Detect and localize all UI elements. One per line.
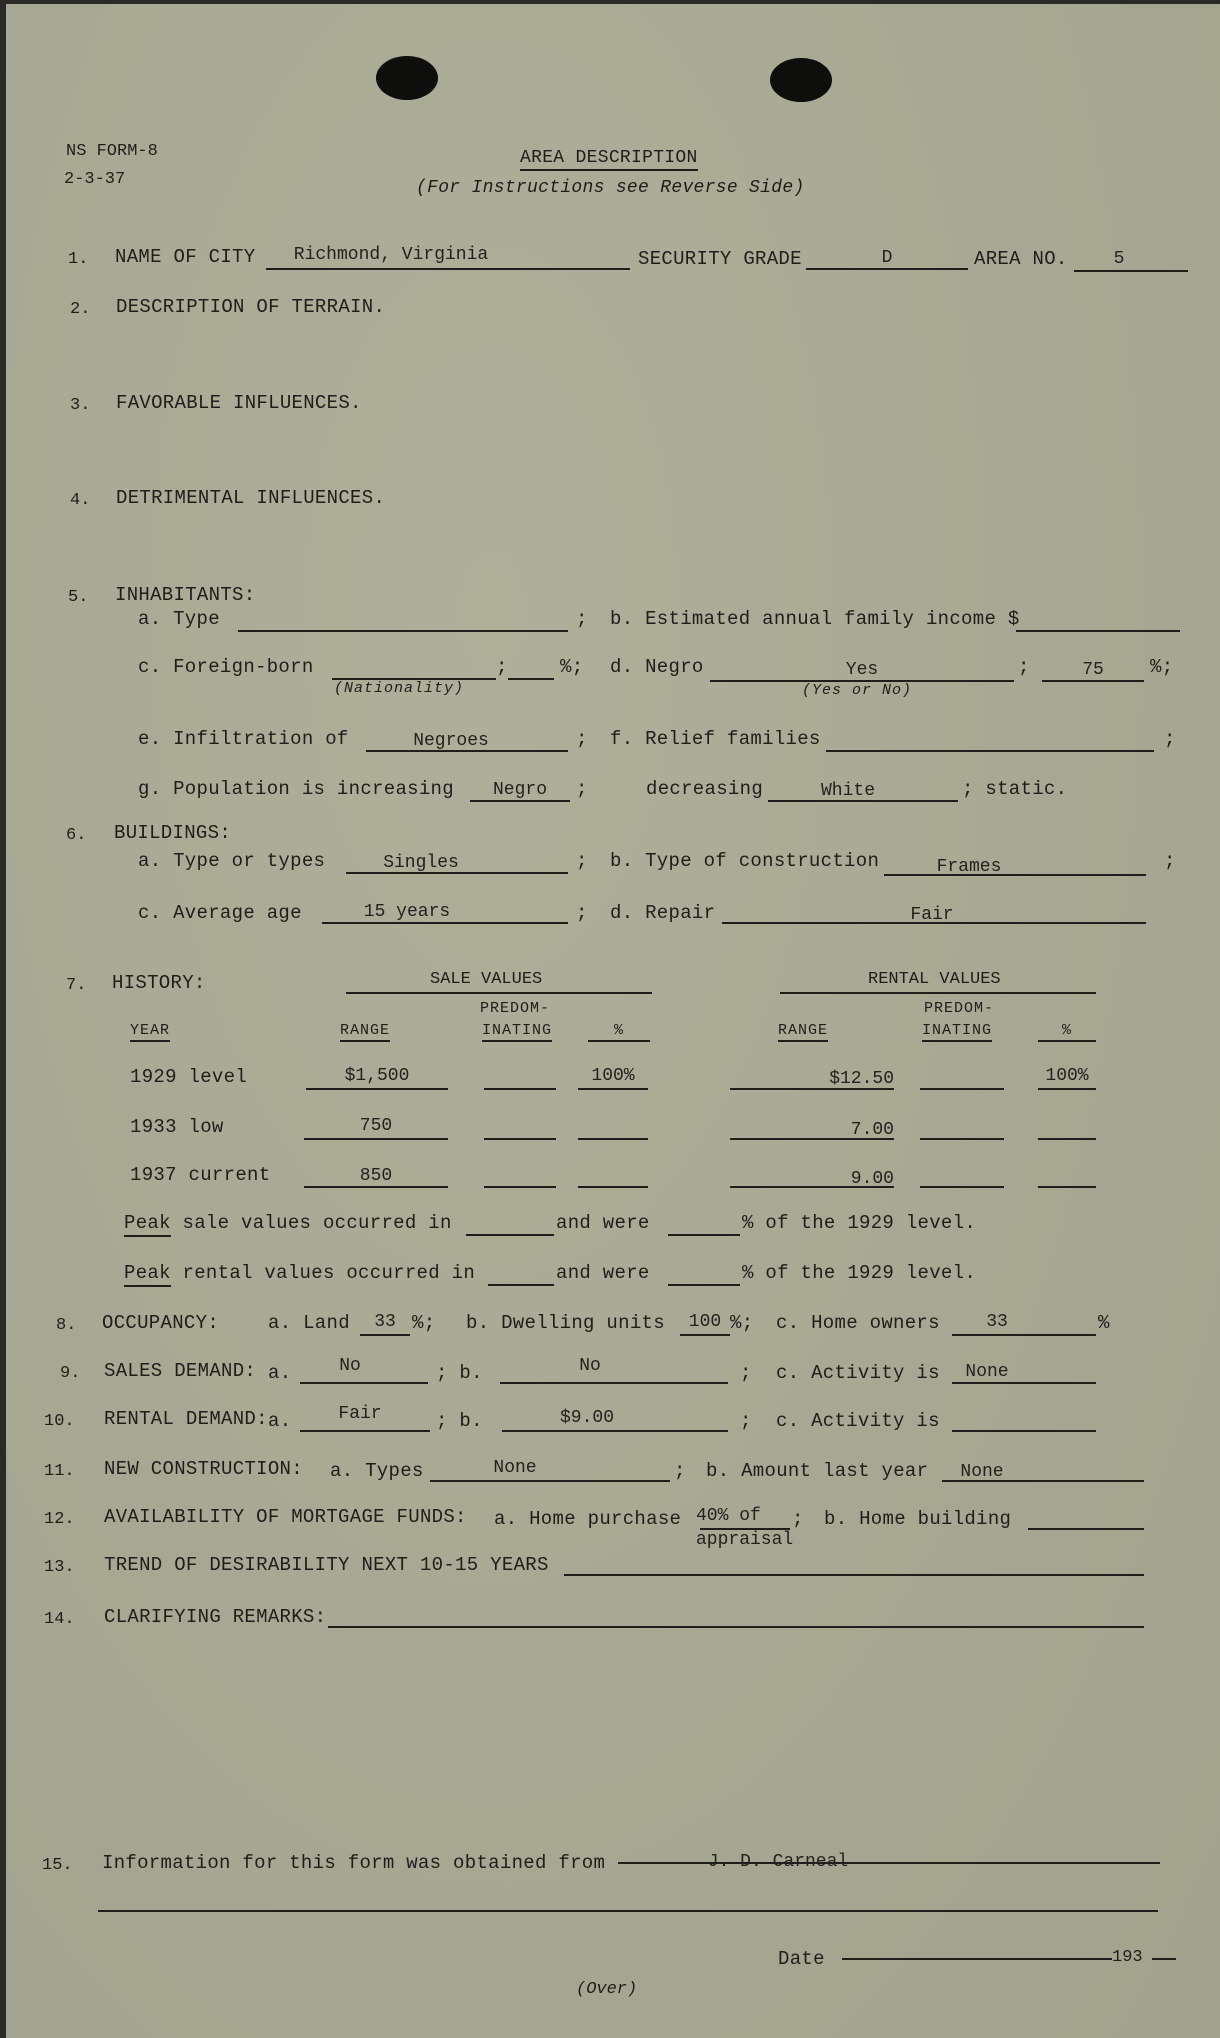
repair-field[interactable]: Fair [722, 905, 1142, 925]
col-rent-predom: INATING [922, 1022, 992, 1042]
dwelling-units-field[interactable]: 100 [680, 1312, 730, 1332]
and-were-text: and were [556, 1262, 650, 1284]
rental-demand-a-field[interactable]: Fair [300, 1404, 420, 1424]
population-increasing-field[interactable]: Negro [470, 780, 570, 800]
amount-last-year-field[interactable]: None [942, 1462, 1022, 1482]
building-type-field[interactable]: Singles [346, 853, 496, 873]
terrain-label: DESCRIPTION OF TERRAIN. [116, 296, 385, 318]
sales-activity-label: c. Activity is [776, 1362, 940, 1384]
amount-last-year-label: b. Amount last year [706, 1460, 928, 1482]
income-line [1016, 630, 1180, 632]
form-id: NS FORM-8 [66, 142, 158, 161]
negro-field[interactable]: Yes [710, 660, 1014, 680]
land-pct-field[interactable]: 33 [360, 1312, 410, 1332]
page-subtitle: (For Instructions see Reverse Side) [416, 178, 805, 198]
security-grade-label: SECURITY GRADE [638, 248, 802, 270]
section-number: 3. [70, 396, 90, 415]
page-title: AREA DESCRIPTION [520, 148, 698, 171]
form-date: 2-3-37 [64, 170, 125, 189]
city-field[interactable]: Richmond, Virginia [266, 245, 516, 265]
information-source-label: Information for this form was obtained f… [102, 1852, 605, 1874]
sale-values-header: SALE VALUES [430, 970, 542, 989]
peak-word: Peak [124, 1262, 171, 1287]
peak-sale-line: Peak sale values occurred in [124, 1212, 452, 1234]
population-increasing-label: g. Population is increasing [138, 778, 454, 800]
new-construction-label: NEW CONSTRUCTION: [104, 1458, 303, 1480]
rental-activity-label: c. Activity is [776, 1410, 940, 1432]
rent-range-field[interactable]: $12.50 [730, 1069, 894, 1089]
section-number: 9. [60, 1364, 80, 1383]
sale-pct-field[interactable]: 100% [578, 1066, 648, 1086]
col-year: YEAR [130, 1022, 170, 1042]
sales-demand-b-field[interactable]: No [500, 1356, 680, 1376]
home-building-label: b. Home building [824, 1508, 1011, 1530]
age-line [322, 922, 568, 924]
home-purchase-field[interactable]: 40% of [696, 1506, 786, 1526]
average-age-field[interactable]: 15 years [322, 902, 492, 922]
clarifying-remarks-label: CLARIFYING REMARKS: [104, 1606, 326, 1628]
peak-word: Peak [124, 1212, 171, 1237]
negro-pct-line [1042, 680, 1144, 682]
sale-range-field[interactable]: 750 [304, 1116, 448, 1136]
section-number: 10. [44, 1412, 75, 1431]
and-were-text: and were [556, 1212, 650, 1234]
average-age-label: c. Average age [138, 902, 302, 924]
section-number: 6. [66, 826, 86, 845]
infiltration-label: e. Infiltration of [138, 728, 349, 750]
col-predom-rent: PREDOM- [924, 1000, 994, 1017]
peak-sale-text: sale values occurred in [183, 1212, 452, 1234]
buildings-label: BUILDINGS: [114, 822, 231, 844]
inhabitants-label: INHABITANTS: [115, 584, 255, 606]
nationality-hint: (Nationality) [334, 680, 464, 697]
area-field-line [1074, 270, 1188, 272]
sale-range-field[interactable]: 850 [304, 1166, 448, 1186]
foreign-pct-line [508, 678, 554, 680]
section-number: 14. [44, 1610, 75, 1629]
home-purchase-field-cont[interactable]: appraisal [696, 1530, 793, 1550]
construction-types-field[interactable]: None [430, 1458, 600, 1478]
rental-values-header: RENTAL VALUES [868, 970, 1001, 989]
sales-activity-field[interactable]: None [952, 1362, 1022, 1382]
relief-line [826, 750, 1154, 752]
peak-rental-text: rental values occurred in [183, 1262, 476, 1284]
negro-label: d. Negro [610, 656, 704, 678]
construction-type-field[interactable]: Frames [884, 857, 1054, 877]
rental-header-line [780, 992, 1096, 994]
of-1929-text: % of the 1929 level. [742, 1262, 976, 1284]
home-owners-label: c. Home owners [776, 1312, 940, 1334]
sale-header-line [346, 992, 652, 994]
sale-range-field[interactable]: $1,500 [306, 1066, 448, 1086]
punch-hole-right [770, 58, 832, 102]
sales-demand-a-field[interactable]: No [300, 1356, 400, 1376]
foreign-born-label: c. Foreign-born [138, 656, 314, 678]
increasing-line [470, 800, 570, 802]
section-number: 2. [70, 300, 90, 319]
section-number: 11. [44, 1462, 75, 1481]
rent-pct-field[interactable]: 100% [1038, 1066, 1096, 1086]
section-number: 5. [68, 588, 88, 607]
home-owners-field[interactable]: 33 [952, 1312, 1042, 1332]
trend-label: TREND OF DESIRABILITY NEXT 10-15 YEARS [104, 1554, 549, 1576]
over-note: (Over) [576, 1980, 637, 1999]
col-rent-pct: % [1038, 1022, 1096, 1042]
rent-range-field[interactable]: 7.00 [730, 1120, 894, 1140]
history-label: HISTORY: [112, 972, 206, 994]
section-number: 13. [44, 1558, 75, 1577]
yes-no-hint: (Yes or No) [802, 682, 912, 699]
security-grade-field[interactable]: D [806, 248, 968, 268]
section-number: 15. [42, 1856, 73, 1875]
type-line [238, 630, 568, 632]
row-year: 1937 current [130, 1164, 270, 1186]
year-prefix: 193 [1112, 1948, 1143, 1967]
city-label: NAME OF CITY [115, 246, 255, 268]
home-purchase-label: a. Home purchase [494, 1508, 681, 1530]
repair-label: d. Repair [610, 902, 715, 924]
row-year: 1929 level [130, 1066, 247, 1088]
rent-range-field[interactable]: 9.00 [730, 1169, 894, 1189]
city-field-line [266, 268, 630, 270]
col-predom-sale: PREDOM- [480, 1000, 550, 1017]
construction-types-label: a. Types [330, 1460, 424, 1482]
building-type-label: a. Type or types [138, 850, 325, 872]
rental-demand-label: RENTAL DEMAND: [104, 1408, 268, 1430]
section-number: 8. [56, 1316, 76, 1335]
section-number: 12. [44, 1510, 75, 1529]
date-label: Date [778, 1948, 825, 1970]
grade-field-line [806, 268, 968, 270]
information-source-line-2 [98, 1910, 1158, 1912]
infiltration-field[interactable]: Negroes [366, 731, 536, 751]
peak-rental-line: Peak rental values occurred in [124, 1262, 475, 1284]
col-sale-pct: % [588, 1022, 650, 1042]
negro-pct-field[interactable]: 75 [1042, 660, 1144, 680]
area-no-label: AREA NO. [974, 248, 1068, 270]
relief-families-label: f. Relief families [610, 728, 821, 750]
income-label: b. Estimated annual family income $ [610, 608, 1020, 630]
section-number: 4. [70, 491, 90, 510]
occupancy-label: OCCUPANCY: [102, 1312, 219, 1334]
sales-demand-label: SALES DEMAND: [104, 1360, 256, 1382]
punch-hole-left [376, 56, 438, 100]
land-label: a. Land [268, 1312, 350, 1334]
information-source-field[interactable]: J. D. Carneal [618, 1852, 938, 1872]
section-number: 1. [68, 250, 88, 269]
col-sale-predom: INATING [482, 1022, 552, 1042]
col-rent-range: RANGE [778, 1022, 828, 1042]
row-year: 1933 low [130, 1116, 224, 1138]
section-number: 7. [66, 976, 86, 995]
static-label: ; static. [962, 778, 1067, 800]
favorable-influences-label: FAVORABLE INFLUENCES. [116, 392, 362, 414]
area-no-field[interactable]: 5 [1074, 249, 1164, 269]
of-1929-text: % of the 1929 level. [742, 1212, 976, 1234]
detrimental-influences-label: DETRIMENTAL INFLUENCES. [116, 487, 385, 509]
decreasing-label: decreasing [646, 778, 763, 800]
dwelling-units-label: b. Dwelling units [466, 1312, 665, 1334]
population-decreasing-field[interactable]: White [768, 781, 928, 801]
col-sale-range: RANGE [340, 1022, 390, 1042]
mortgage-funds-label: AVAILABILITY OF MORTGAGE FUNDS: [104, 1506, 467, 1528]
rental-demand-b-field[interactable]: $9.00 [502, 1408, 672, 1428]
type-label: a. Type [138, 608, 220, 630]
construction-label: b. Type of construction [610, 850, 879, 872]
